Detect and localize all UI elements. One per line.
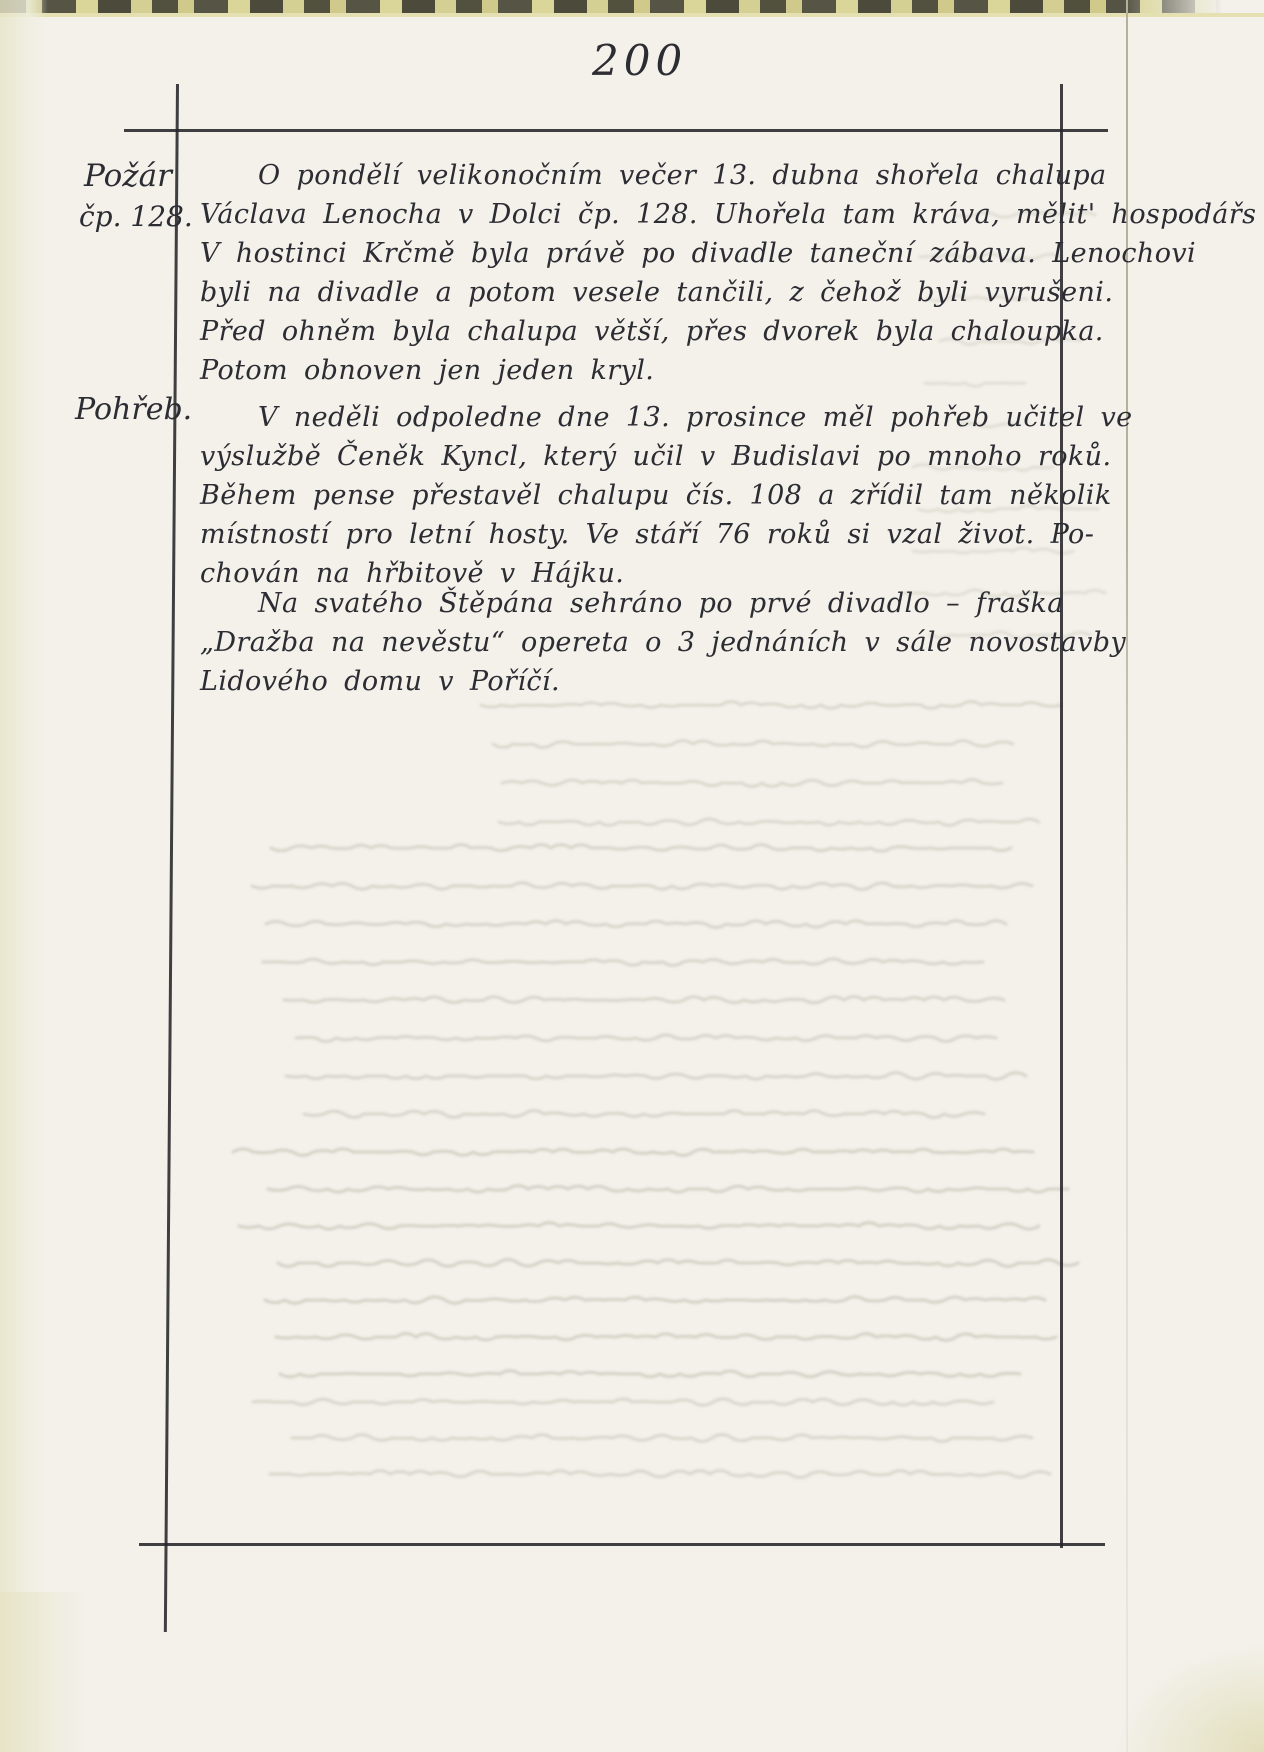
scan-top-edge <box>0 0 1264 13</box>
scan-corner-bottom-right <box>1114 1642 1264 1752</box>
paragraph-funeral: V neděli odpoledne dne 13. prosince měl … <box>200 398 1068 593</box>
text-line: V neděli odpoledne dne 13. prosince měl … <box>200 398 1068 437</box>
text-line: „Dražba na nevěstu“ opereta o 3 jednáníc… <box>200 623 1068 662</box>
text-line: místností pro letní hosty. Ve stáří 76 r… <box>200 515 1068 554</box>
paragraph-fire: O pondělí velikonočním večer 13. dubna s… <box>200 156 1068 390</box>
text-line: Václava Lenocha v Dolci čp. 128. Uhořela… <box>200 195 1068 234</box>
chronicle-page: 200 Požár čp. 128. Pohřeb. O pondělí vel… <box>0 0 1264 1752</box>
text-line: O pondělí velikonočním večer 13. dubna s… <box>200 156 1068 195</box>
text-line: Na svatého Štěpána sehráno po prvé divad… <box>200 584 1068 623</box>
text-line: byli na divadle a potom vesele tančili, … <box>200 273 1068 312</box>
scan-top-edge-line <box>0 13 1264 17</box>
scan-corner-bottom-left <box>0 1592 90 1752</box>
text-line: V hostinci Krčmě byla právě po divadle t… <box>200 234 1068 273</box>
margin-note-cp-128: čp. 128. <box>79 200 193 233</box>
margin-note-pozar: Požár <box>84 158 172 194</box>
text-line: výslužbě Čeněk Kyncl, který učil v Budis… <box>200 437 1068 476</box>
page-number: 200 <box>592 36 687 85</box>
text-line: Před ohněm byla chalupa větší, přes dvor… <box>200 312 1068 351</box>
paragraph-theatre: Na svatého Štěpána sehráno po prvé divad… <box>200 584 1068 701</box>
text-line: Lidového domu v Poříčí. <box>200 662 1068 701</box>
margin-note-pohreb: Pohřeb. <box>75 392 192 427</box>
bottom-ruled-line <box>139 1543 1105 1546</box>
text-line: Potom obnoven jen jeden kryl. <box>200 351 1068 390</box>
scan-left-edge <box>0 0 48 1752</box>
left-margin-rule <box>164 84 179 1632</box>
top-ruled-line <box>124 129 1108 132</box>
text-line: Během pense přestavěl chalupu čís. 108 a… <box>200 476 1068 515</box>
